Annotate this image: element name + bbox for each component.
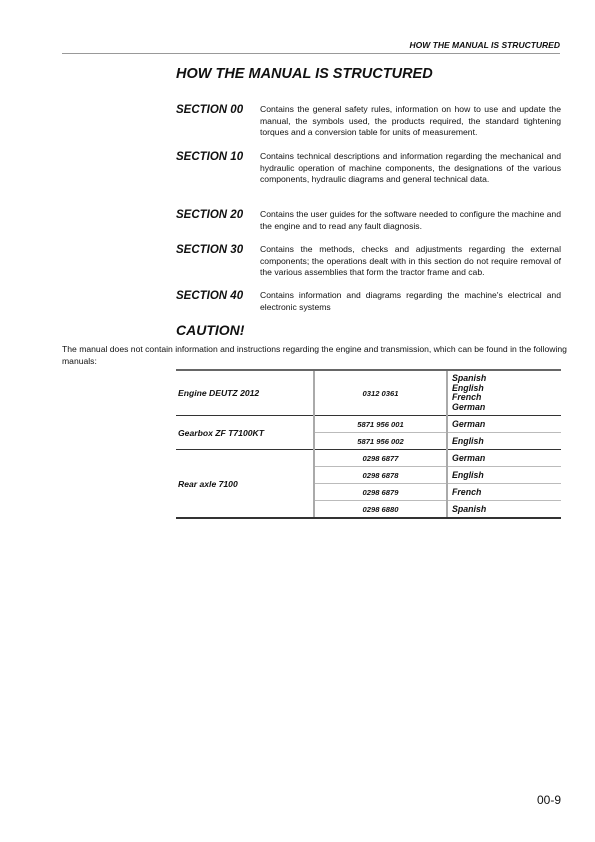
manual-name: Gearbox ZF T7100KT <box>176 416 314 450</box>
manual-code: 0298 6879 <box>314 484 447 501</box>
manual-language: English <box>447 433 561 450</box>
section-label: SECTION 30 <box>176 244 260 279</box>
manual-language: German <box>447 416 561 433</box>
section-30: SECTION 30 Contains the methods, checks … <box>176 244 561 279</box>
section-description: Contains information and diagrams regard… <box>260 290 561 313</box>
section-description: Contains the general safety rules, infor… <box>260 104 561 139</box>
caution-text: The manual does not contain information … <box>62 344 567 367</box>
language: German <box>452 403 561 413</box>
manual-code: 0298 6877 <box>314 450 447 467</box>
section-20: SECTION 20 Contains the user guides for … <box>176 209 561 232</box>
manual-language: French <box>447 484 561 501</box>
manual-code: 5871 956 002 <box>314 433 447 450</box>
section-label: SECTION 10 <box>176 151 260 186</box>
manual-code: 0312 0361 <box>314 370 447 416</box>
section-description: Contains the user guides for the softwar… <box>260 209 561 232</box>
header-rule <box>62 53 560 54</box>
manual-code: 0298 6880 <box>314 501 447 519</box>
page-title: HOW THE MANUAL IS STRUCTURED <box>176 66 433 82</box>
table-row: Gearbox ZF T7100KT 5871 956 001 German <box>176 416 561 433</box>
section-description: Contains the methods, checks and adjustm… <box>260 244 561 279</box>
section-40: SECTION 40 Contains information and diag… <box>176 290 561 313</box>
manual-languages: Spanish English French German <box>447 370 561 416</box>
section-label: SECTION 20 <box>176 209 260 232</box>
section-10: SECTION 10 Contains technical descriptio… <box>176 151 561 186</box>
table-row: Engine DEUTZ 2012 0312 0361 Spanish Engl… <box>176 370 561 416</box>
page-number: 00-9 <box>537 793 561 807</box>
manual-language: German <box>447 450 561 467</box>
table-row: Rear axle 7100 0298 6877 German <box>176 450 561 467</box>
running-header: HOW THE MANUAL IS STRUCTURED <box>410 40 560 50</box>
section-description: Contains technical descriptions and info… <box>260 151 561 186</box>
section-00: SECTION 00 Contains the general safety r… <box>176 104 561 139</box>
manual-name: Rear axle 7100 <box>176 450 314 519</box>
manual-code: 0298 6878 <box>314 467 447 484</box>
manual-name: Engine DEUTZ 2012 <box>176 370 314 416</box>
section-label: SECTION 00 <box>176 104 260 139</box>
manual-language: Spanish <box>447 501 561 519</box>
manual-code: 5871 956 001 <box>314 416 447 433</box>
manual-language: English <box>447 467 561 484</box>
caution-heading: CAUTION! <box>176 322 244 338</box>
manuals-table: Engine DEUTZ 2012 0312 0361 Spanish Engl… <box>176 369 561 519</box>
section-label: SECTION 40 <box>176 290 260 313</box>
